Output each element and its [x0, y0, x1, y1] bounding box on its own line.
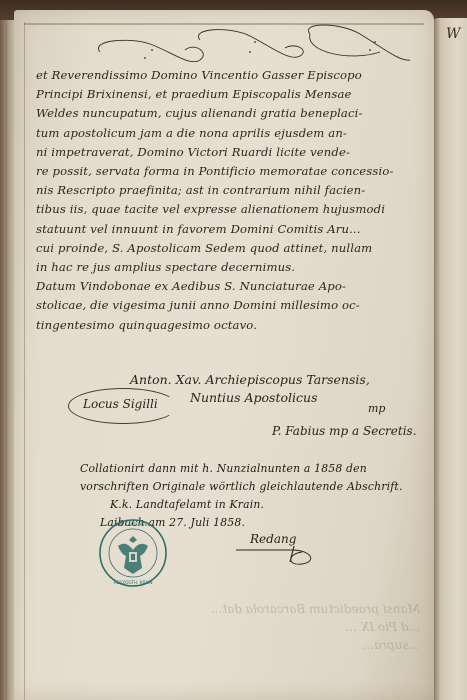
text-line: nis Rescripto praefinita; ast in contrar… — [36, 181, 431, 200]
locus-sigilli-text: Locus Sigilli — [83, 397, 158, 411]
bleed-line: Mansi praedictum Barcarola dat... — [90, 600, 420, 618]
manu-propria-mark: mp — [368, 402, 385, 415]
page-fold-line — [24, 22, 25, 700]
text-line: et Reverendissimo Domino Vincentio Gasse… — [36, 66, 431, 85]
text-line: cui proinde, S. Apostolicam Sedem quod a… — [36, 239, 431, 258]
latin-body-text: et Reverendissimo Domino Vincentio Gasse… — [36, 66, 431, 335]
text-line: ni impetraverat, Domino Victori Ruardi l… — [36, 143, 431, 162]
official-seal-stamp-icon: K.K. LANDTAFEL HERZOGTH. KRAIN — [98, 518, 168, 588]
svg-text:K.K. LANDTAFEL: K.K. LANDTAFEL — [116, 522, 150, 527]
text-line: statuunt vel innuunt in favorem Domini C… — [36, 220, 431, 239]
text-line: Principi Brixinensi, et praedium Episcop… — [36, 85, 431, 104]
german-line: K.k. Landtafelamt in Krain. — [80, 496, 430, 514]
secretary-signature: P. Fabius mp a Secretis. — [272, 424, 417, 438]
signature-archbishop: Anton. Xav. Archiepiscopus Tarsensis, — [130, 372, 370, 387]
german-line: vorschriften Originale wörtlich gleichla… — [80, 478, 430, 496]
bleed-line: ...supra... — [90, 636, 420, 654]
locus-sigilli-box: Locus Sigilli — [68, 388, 178, 424]
bleed-through-text: Mansi praedictum Barcarola dat... ...d P… — [90, 600, 420, 654]
datum-line: tingentesimo quinquagesimo octavo. — [36, 316, 431, 335]
signature-flourish-icon — [232, 540, 322, 570]
facing-page-right — [432, 18, 467, 700]
text-line: in hac re jus amplius spectare decernimu… — [36, 258, 431, 277]
text-line: re possit, servata forma in Pontificio m… — [36, 162, 431, 181]
signature-nuncio-title: Nuntius Apostolicus — [190, 390, 317, 405]
text-line: Weldes nuncupatum, cujus alienandi grati… — [36, 104, 431, 123]
german-line: Collationirt dann mit h. Nunzialnunten a… — [80, 460, 430, 478]
text-line: tibus iis, quae tacite vel expresse alie… — [36, 200, 431, 219]
svg-text:HERZOGTH. KRAIN: HERZOGTH. KRAIN — [114, 580, 153, 585]
datum-line: Datum Vindobonae ex Aedibus S. Nunciatur… — [36, 277, 431, 296]
facing-page-mark: W — [446, 26, 460, 42]
text-line: tum apostolicum jam a die nona aprilis e… — [36, 124, 431, 143]
datum-line: stolicae, die vigesima junii anno Domini… — [36, 296, 431, 315]
bleed-line: ...d Pio IX ... — [90, 618, 420, 636]
decorative-flourish-icon — [90, 22, 420, 72]
